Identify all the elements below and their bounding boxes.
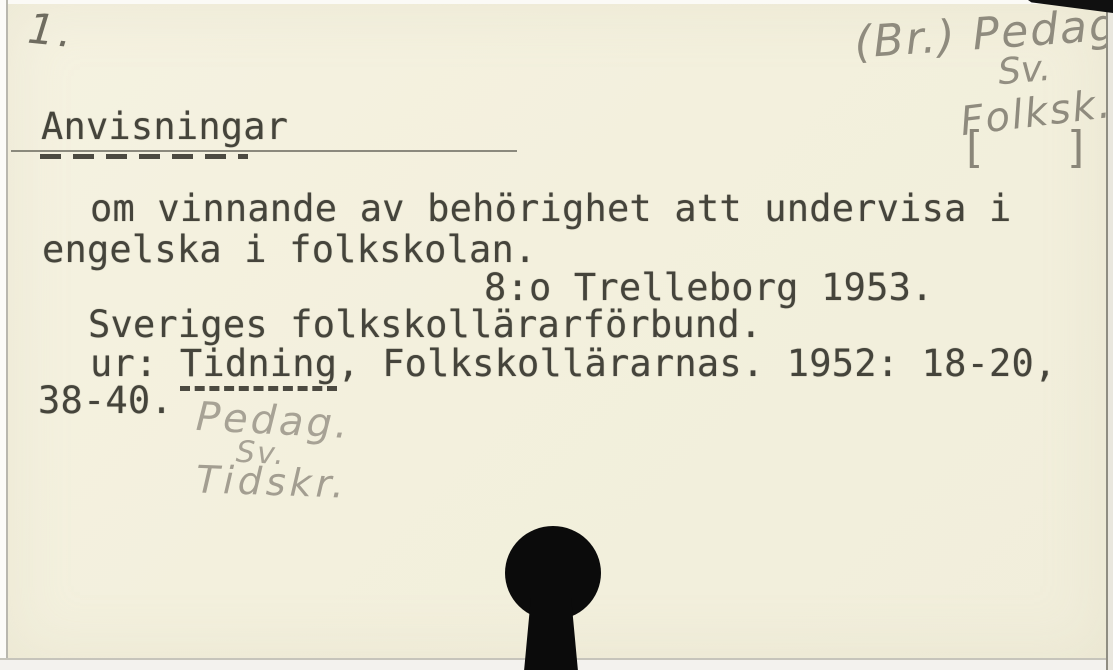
pencil-classification-line1: (Br.) Pedag.: [853, 0, 1113, 69]
scan-edge-right: [1106, 0, 1113, 670]
imprint-line: 8:o Trelleborg 1953.: [484, 269, 934, 306]
handwritten-card-number: 1.: [26, 4, 79, 58]
page-range-continuation: 38-40.: [38, 382, 173, 419]
card-heading: Anvisningar: [41, 108, 288, 145]
body-line: engelska i folkskolan.: [42, 231, 536, 268]
source-suffix: , Folkskollärarnas. 1952: 18-20,: [337, 342, 1056, 385]
body-line: om vinnande av behörighet att undervisa …: [90, 190, 1012, 227]
pencil-brackets: [ ]: [966, 122, 1084, 173]
journal-title-underlined: Tidning: [180, 342, 337, 391]
pencil-classification-line2: Sv.: [996, 48, 1052, 93]
source-reference-line: ur: Tidning, Folkskollärarnas. 1952: 18-…: [90, 345, 1056, 382]
scan-edge-top: [0, 0, 1113, 4]
heading-rule-line: [11, 150, 517, 152]
punch-hole-slot: [523, 598, 579, 670]
pencil-note-line3: Tidskr.: [195, 457, 348, 506]
scan-edge-left: [0, 0, 8, 670]
heading-dashed-underline: [40, 154, 248, 159]
publisher-line: Sveriges folkskollärarförbund.: [88, 306, 762, 343]
